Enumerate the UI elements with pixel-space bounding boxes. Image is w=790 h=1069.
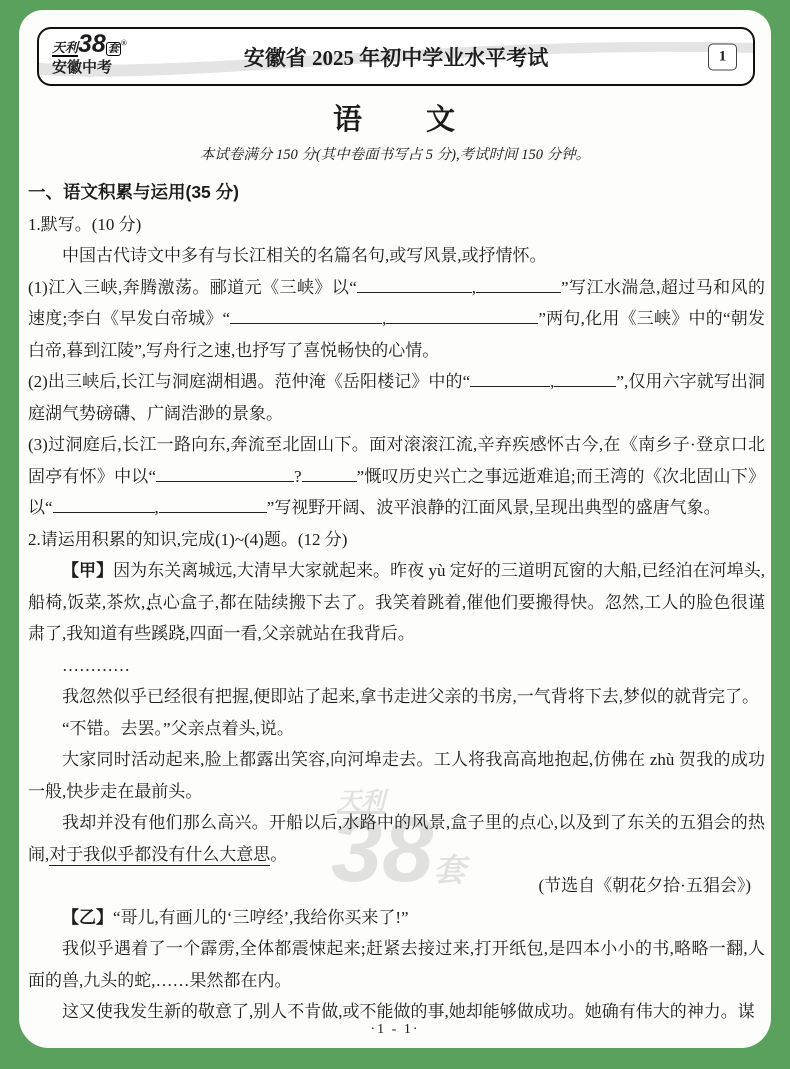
passage-text: 。	[270, 845, 287, 864]
item-1-text: (1)江入三峡,奔腾激荡。郦道元《三峡》以“	[28, 278, 357, 297]
answer-blank	[470, 371, 550, 387]
emphasized-character: 炊	[124, 593, 141, 612]
passage-jia-source: (节选自《朝花夕拾·五猖会》)	[28, 870, 765, 902]
answer-blank	[230, 308, 382, 324]
answer-blank	[386, 308, 538, 324]
exam-title: 安徽省 2025 年初中学业水平考试	[244, 42, 549, 72]
passage-yi-paragraph-2: 我似乎遇着了一个霹雳,全体都震悚起来;赶紧去接过来,打开纸包,是四本小小的书,略…	[28, 933, 765, 996]
passage-jia-paragraph-2: 我忽然似乎已经很有把握,便即站了起来,拿书走进父亲的书房,一气背将下去,梦似的就…	[28, 681, 765, 713]
subject-title: 语 文	[19, 97, 771, 138]
answer-blank	[156, 466, 294, 482]
section-1-heading: 一、语文积累与运用(35 分)	[28, 177, 765, 209]
item-2-text: (2)出三峡后,长江与洞庭湖相遇。范仲淹《岳阳楼记》中的“	[28, 372, 470, 391]
answer-blank	[53, 497, 155, 513]
ellipsis-line: …………	[28, 650, 765, 682]
passage-jia-tag: 【甲】	[62, 561, 113, 580]
logo-number-text: 38	[78, 30, 106, 58]
answer-blank	[302, 466, 357, 482]
tianli-38-logo: 天利38套® 安徽中考	[52, 32, 127, 75]
dictation-item-3: (3)过洞庭后,长江一路向东,奔流至北固山下。面对滚滚江流,辛弃疾感怀古今,在《…	[28, 429, 765, 524]
exam-body: 一、语文积累与运用(35 分) 1.默写。(10 分) 中国古代诗文中多有与长江…	[28, 177, 765, 1028]
dictation-item-1: (1)江入三峡,奔腾激荡。郦道元《三峡》以“,”写江水湍急,超过马和风的速度;李…	[28, 272, 765, 367]
passage-jia-paragraph-4: 大家同时活动起来,脸上都露出笑容,向河埠走去。工人将我高高地抱起,仿佛在 zhù…	[28, 744, 765, 807]
item-3-separator: ?	[294, 467, 302, 486]
passage-yi-paragraph-1: 【乙】“哥儿,有画儿的‘三哼经’,我给你买来了!”	[28, 902, 765, 934]
exam-paper-page: 天利 38套 天利38套® 安徽中考 安徽省 2025 年初中学业水平考试 1 …	[19, 10, 771, 1048]
passage-text: “哥儿,有画儿的‘三哼经’,我给你买来了!”	[113, 908, 409, 927]
exam-note: 本试卷满分 150 分(其中卷面书写占 5 分),考试时间 150 分钟。	[19, 143, 771, 164]
dictation-item-2: (2)出三峡后,长江与洞庭湖相遇。范仲淹《岳阳楼记》中的“,”,仅用六字就写出洞…	[28, 366, 765, 429]
logo-region-label: 安徽中考	[52, 60, 127, 75]
passage-jia-paragraph-5: 我却并没有他们那么高兴。开船以后,水路中的风景,盒子里的点心,以及到了东关的五猖…	[28, 807, 765, 870]
answer-blank	[554, 371, 616, 387]
logo-suffix-text: 套	[106, 42, 121, 56]
answer-blank	[357, 277, 472, 293]
passage-jia-paragraph-3: “不错。去罢。”父亲点着头,说。	[28, 713, 765, 745]
underlined-phrase: 对于我似乎都没有什么大意思	[49, 845, 270, 866]
logo-brand-text: 天利	[52, 40, 78, 57]
answer-blank	[476, 277, 561, 293]
exam-header-banner: 天利38套® 安徽中考 安徽省 2025 年初中学业水平考试 1	[37, 27, 755, 86]
answer-blank	[159, 497, 267, 513]
question-1-intro: 中国古代诗文中多有与长江相关的名篇名句,或写风景,或抒情怀。	[28, 240, 765, 272]
registered-trademark-icon: ®	[121, 39, 127, 48]
passage-jia-paragraph-1: 【甲】因为东关离城远,大清早大家就起来。昨夜 yù 定好的三道明瓦窗的大船,已经…	[28, 555, 765, 650]
page-number-badge: 1	[708, 43, 737, 70]
item-3-text: ”写视野开阔、波平浪静的江面风景,呈现出典型的盛唐气象。	[267, 498, 721, 517]
question-2-label: 2.请运用积累的知识,完成(1)~(4)题。(12 分)	[28, 524, 765, 556]
passage-yi-tag: 【乙】	[62, 908, 113, 927]
green-background: 天利 38套 天利38套® 安徽中考 安徽省 2025 年初中学业水平考试 1 …	[0, 0, 790, 1069]
question-1-label: 1.默写。(10 分)	[28, 209, 765, 241]
passage-yi-paragraph-3: 这又使我发生新的敬意了,别人不肯做,或不能做的事,她却能够做成功。她确有伟大的神…	[28, 996, 765, 1028]
